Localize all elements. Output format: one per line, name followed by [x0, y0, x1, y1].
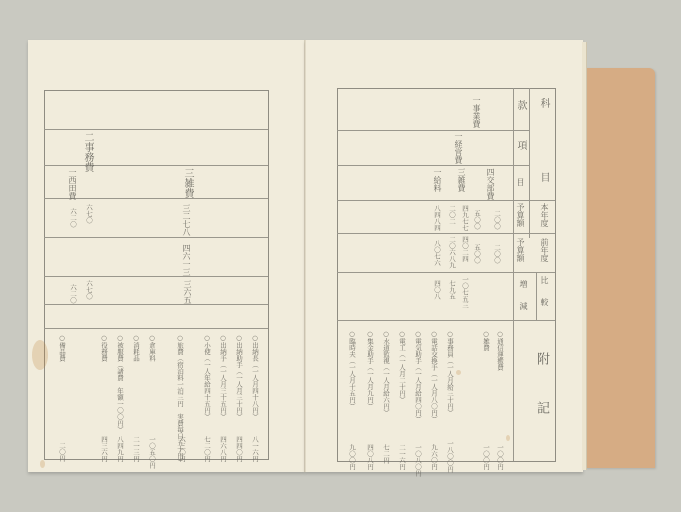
moku-label-3: 三雑費 [457, 168, 466, 192]
zou-value: 四〇八 [433, 280, 440, 300]
left-row3-a: 六二〇 [69, 284, 76, 304]
right-row-divider [337, 233, 555, 234]
honnendo-value: 八四八四 [433, 205, 440, 231]
right-note-amount: 四〇八円 [366, 444, 373, 470]
right-row-divider [337, 320, 555, 321]
right-row-divider [337, 272, 555, 273]
left-note-amount: 二一三円 [132, 436, 139, 462]
left-note-amount: 七二〇円 [203, 436, 210, 462]
left-row-divider [44, 198, 268, 199]
header-honnendo-sub: 予算額 [516, 203, 525, 227]
left-note-item: ○出納助手（一人月三十円） [235, 334, 242, 424]
zennendo-value: 二〇〇 [493, 244, 500, 264]
header-zennendo-sub: 予算額 [516, 238, 525, 262]
left-row-divider [44, 129, 268, 130]
kan-label: 一事業費 [472, 96, 481, 128]
left-note-amount: 四六八円 [219, 436, 226, 462]
left-note-amount: 六三〇円 [178, 436, 185, 462]
header-moku: 目 [538, 172, 549, 182]
left-note-amount: 一〇五〇円 [148, 436, 155, 469]
left-note-amount: 八四九円 [116, 436, 123, 462]
left-note-item: ○被服費（諸費 年額一〇〇円） [116, 334, 123, 414]
left-row3-center: 三六五 [183, 280, 192, 304]
right-note-amount: 一〇〇円 [496, 444, 503, 470]
header-fuki: 附記 [534, 352, 548, 450]
moku-label-4: 四交部費 [486, 168, 495, 200]
left-note-item: ○役務費 [100, 334, 107, 362]
left-note-item: ○出納長（一人月四十八円） [251, 334, 258, 424]
left-center-header: 三雑費 [182, 168, 193, 198]
left-note-item: ○消耗品 [132, 334, 139, 362]
left-note-item: ○備品費 [58, 334, 65, 362]
left-kan-label: 二事務費 [82, 132, 93, 172]
header-kan: 款 [515, 100, 526, 110]
left-row-divider [44, 276, 268, 277]
zennendo-total: 四〇二四 [461, 236, 468, 262]
left-note-item: ○小使（一人年給四十五円） [203, 334, 210, 424]
right-note-item: ○雑費 [482, 330, 489, 351]
right-note-item: ○電工（一人月二十円） [398, 330, 405, 403]
left-note-amount: 八一六円 [251, 436, 258, 462]
honnendo-value: 五〇〇 [473, 210, 480, 230]
right-row-divider [337, 200, 555, 201]
left-row2-center: 四六一三 [182, 244, 191, 276]
header-zou: 増 [519, 280, 528, 288]
right-note-item: ○水道監視（一人月給六円） [382, 330, 389, 416]
header-kamoku: 科 [538, 98, 549, 108]
right-note-amount: 九〇〇円 [348, 444, 355, 470]
left-page: 二事務費 一西田費 三雑費 六二〇 六七〇 三二七八 四六一三 六二〇 六七〇 … [28, 40, 305, 472]
header-kou: 項 [515, 140, 526, 150]
left-notes-divider [44, 328, 268, 329]
left-row1-b: 六七〇 [85, 204, 92, 224]
foxing-stain [32, 340, 48, 370]
right-row-divider [337, 130, 530, 131]
right-note-amount: 二一六円 [398, 444, 405, 470]
backing-tab-sheet [585, 68, 655, 468]
honnendo-total: 四九七七 [461, 205, 468, 231]
left-row-divider [44, 304, 268, 305]
left-row-divider [44, 165, 268, 166]
right-note-amount: 一〇〇円 [482, 444, 489, 470]
header-row-moku: 目 [516, 178, 525, 186]
left-note-item: ○倉庫料 [148, 334, 155, 362]
right-row-divider [337, 165, 530, 166]
right-note-item: ○電気助手（一人月給四〇円） [414, 330, 421, 420]
right-page: 科 目 款 項 目 本年度 予算額 前年度 予算額 比較 増 減 附記 一事業費… [305, 40, 583, 472]
zennendo-value: 八〇七六 [433, 240, 440, 266]
left-note-item: ○旅費（宿泊料一泊三円 実費毎日五十円） [176, 334, 183, 424]
zennendo-value: 二〇六八九 [448, 236, 455, 269]
left-row1-a: 六二〇 [69, 208, 76, 228]
right-note-item: ○電話交換手（一人月八〇円） [430, 330, 437, 420]
zennendo-value: 五〇〇 [473, 244, 480, 264]
foxing-stain [456, 370, 461, 375]
right-note-item: ○通信運搬費 [496, 330, 503, 371]
zou-value: 七九五 [448, 280, 455, 300]
left-row1-center: 三二七八 [182, 204, 191, 236]
right-note-amount: 一〇八〇円 [414, 444, 421, 477]
left-row3-b: 六七〇 [85, 280, 92, 300]
foxing-stain [506, 435, 510, 441]
kou-label: 一経営費 [454, 132, 463, 164]
header-col-divider [513, 88, 514, 461]
header-honnendo: 本年度 [540, 203, 549, 227]
moku-label-1: 一給料 [433, 168, 442, 192]
header-col-divider [536, 272, 537, 320]
right-note-item: ○事務員（一人月給三十円） [446, 330, 453, 420]
left-note-amount: 四四〇円 [235, 436, 242, 462]
right-note-amount: 一八〇〇円 [446, 440, 453, 473]
left-note-item: ○出納手（一人月三十五円） [219, 334, 226, 424]
left-note-amount: 二〇円 [58, 442, 65, 462]
right-note-item: ○臨時夫（一人月十五円） [348, 330, 355, 410]
honnendo-value: 二〇二 [448, 205, 455, 225]
left-kou-label: 一西田費 [68, 168, 77, 200]
left-row-divider [44, 237, 268, 238]
right-note-amount: 九六〇円 [430, 444, 437, 470]
honnendo-value: 二〇〇 [493, 210, 500, 230]
header-zennendo: 前年度 [540, 238, 549, 262]
zou-total: 一〇七五三 [461, 276, 468, 309]
header-col-divider [529, 88, 530, 238]
right-note-item: ○集金助手（一人月九円） [366, 330, 373, 410]
header-gen: 減 [519, 302, 528, 310]
foxing-stain [40, 460, 45, 468]
right-note-amount: 七二円 [382, 444, 389, 464]
left-note-amount: 四三六円 [100, 436, 107, 462]
header-hikaku: 比較 [540, 276, 549, 316]
